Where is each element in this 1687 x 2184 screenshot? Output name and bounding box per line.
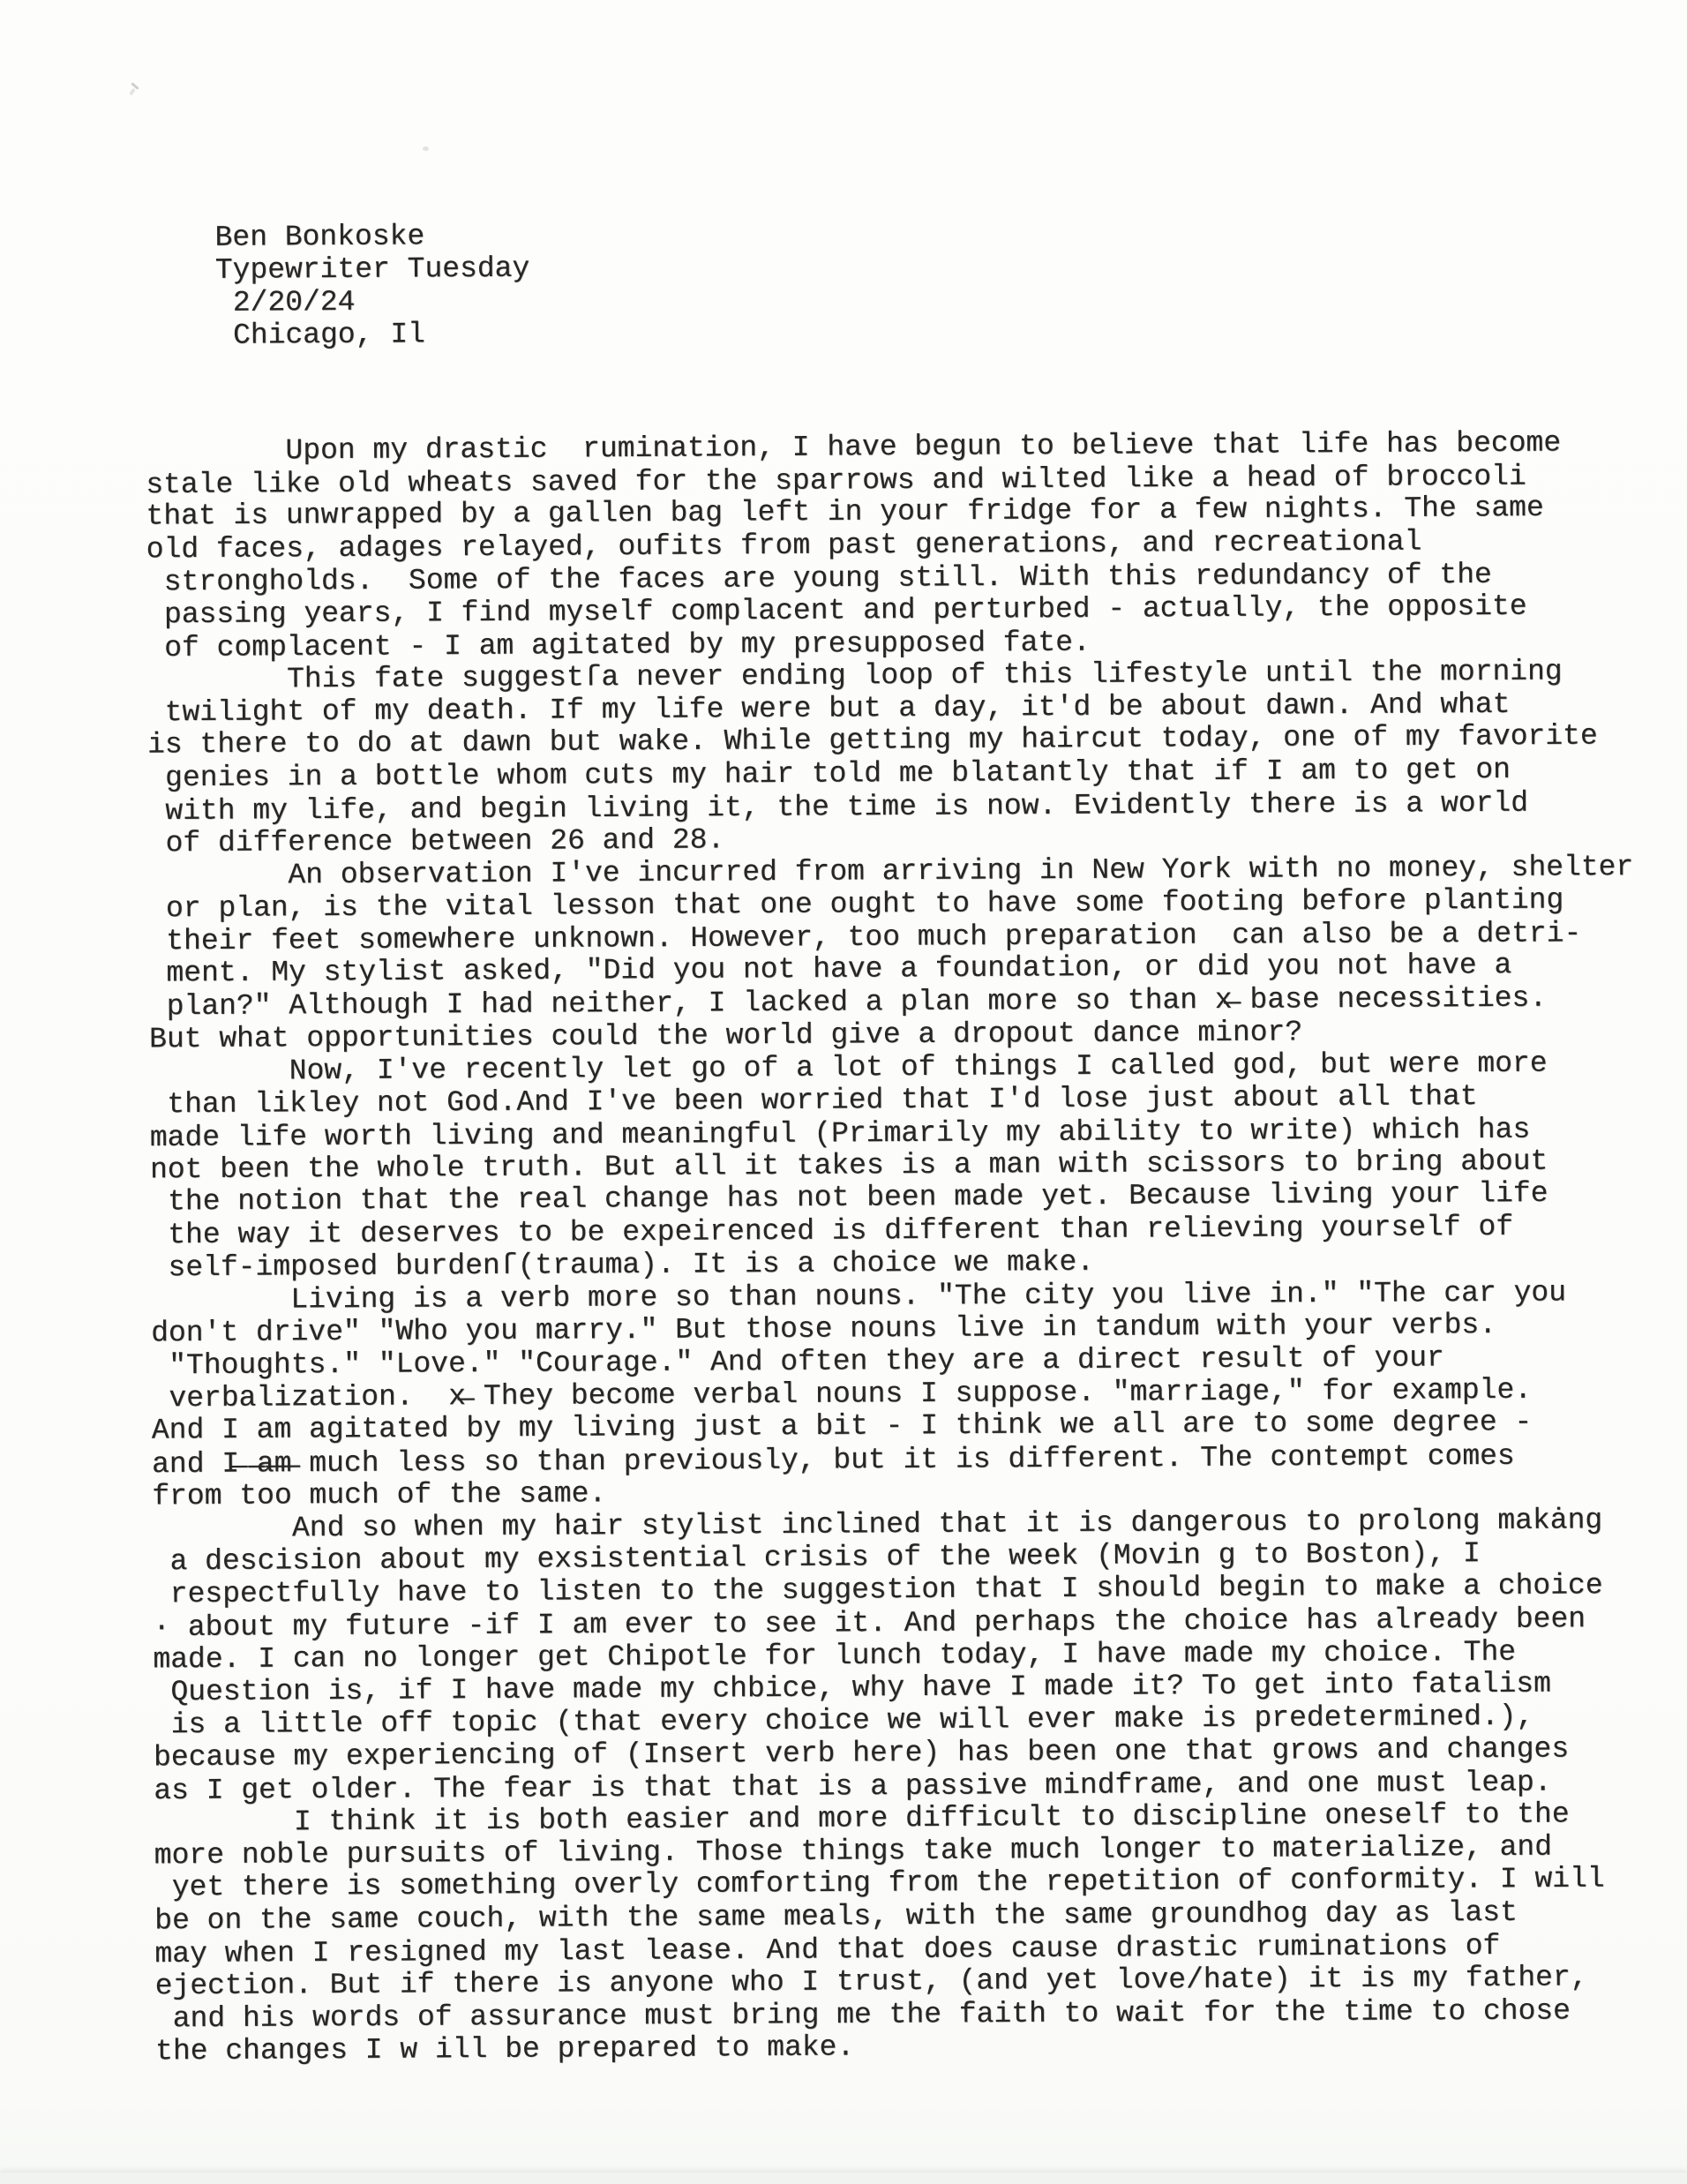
letter-content: Ben BonkoskeTypewriter Tuesday 2/20/24 C… [0,147,1641,2134]
letter-page: Ben BonkoskeTypewriter Tuesday 2/20/24 C… [0,0,1687,2184]
scan-speck [129,88,136,96]
scan-speck [423,146,429,151]
page-bottom-edge [0,2172,1687,2184]
letter-header: Ben BonkoskeTypewriter Tuesday 2/20/24 C… [214,213,1630,352]
letter-body: Upon my drastic rumination, I have begun… [146,426,1641,2068]
